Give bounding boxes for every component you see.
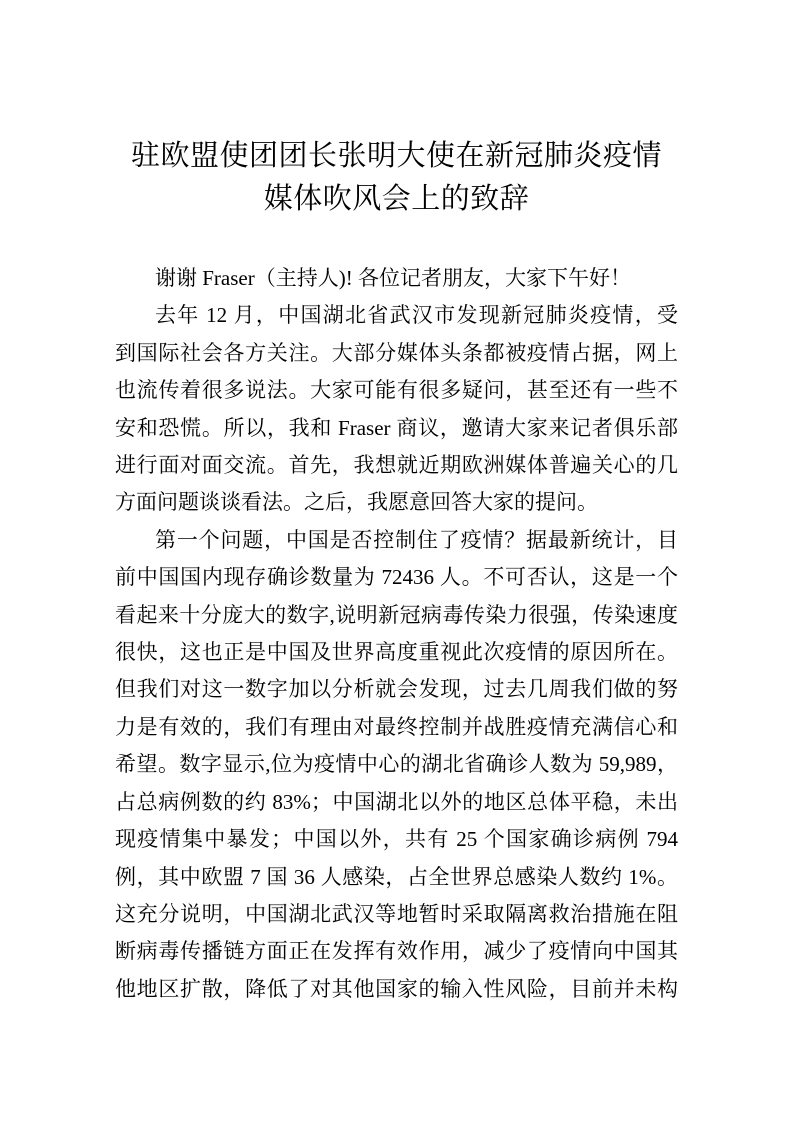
text-line: 去年 12 月，中国湖北省武汉市发现新冠肺炎疫情，受 [115, 297, 678, 334]
text-line: 方面问题谈谈看法。之后，我愿意回答大家的提问。 [115, 484, 678, 521]
text-line: 力是有效的，我们有理由对最终控制并战胜疫情充满信心和 [115, 709, 678, 746]
text-line: 前中国国内现存确诊数量为 72436 人。不可否认，这是一个 [115, 559, 678, 596]
text-line: 例，其中欧盟 7 国 36 人感染，占全世界总感染人数约 1%。 [115, 859, 678, 896]
text-line: 很快，这也正是中国及世界高度重视此次疫情的原因所在。 [115, 634, 678, 671]
text-line: 现疫情集中暴发；中国以外，共有 25 个国家确诊病例 794 [115, 821, 678, 858]
text-line: 也流传着很多说法。大家可能有很多疑问，甚至还有一些不 [115, 372, 678, 409]
text-line: 但我们对这一数字加以分析就会发现，过去几周我们做的努 [115, 671, 678, 708]
document-body: 谢谢 Fraser（主持人)! 各位记者朋友，大家下午好！ 去年 12 月，中国… [115, 260, 678, 1008]
text-line: 看起来十分庞大的数字,说明新冠病毒传染力很强，传染速度 [115, 597, 678, 634]
document-page: 驻欧盟使团团长张明大使在新冠肺炎疫情 媒体吹风会上的致辞 谢谢 Fraser（主… [0, 0, 793, 1122]
document-title-line-1: 驻欧盟使团团长张明大使在新冠肺炎疫情 [115, 135, 678, 178]
text-line: 断病毒传播链方面正在发挥有效作用，减少了疫情向中国其 [115, 933, 678, 970]
document-title-line-2: 媒体吹风会上的致辞 [115, 178, 678, 221]
text-line: 这充分说明，中国湖北武汉等地暂时采取隔离救治措施在阻 [115, 896, 678, 933]
text-line: 希望。数字显示,位为疫情中心的湖北省确诊人数为 59,989， [115, 746, 678, 783]
text-line: 谢谢 Fraser（主持人)! 各位记者朋友，大家下午好！ [115, 260, 678, 297]
text-line: 到国际社会各方关注。大部分媒体头条都被疫情占据，网上 [115, 335, 678, 372]
text-line: 占总病例数的约 83%；中国湖北以外的地区总体平稳，未出 [115, 784, 678, 821]
document-title: 驻欧盟使团团长张明大使在新冠肺炎疫情 媒体吹风会上的致辞 [115, 135, 678, 221]
text-line: 第一个问题，中国是否控制住了疫情？据最新统计，目 [115, 522, 678, 559]
text-line: 安和恐慌。所以，我和 Fraser 商议，邀请大家来记者俱乐部 [115, 410, 678, 447]
text-line: 进行面对面交流。首先，我想就近期欧洲媒体普遍关心的几 [115, 447, 678, 484]
text-line: 他地区扩散，降低了对其他国家的输入性风险，目前并未构 [115, 971, 678, 1008]
